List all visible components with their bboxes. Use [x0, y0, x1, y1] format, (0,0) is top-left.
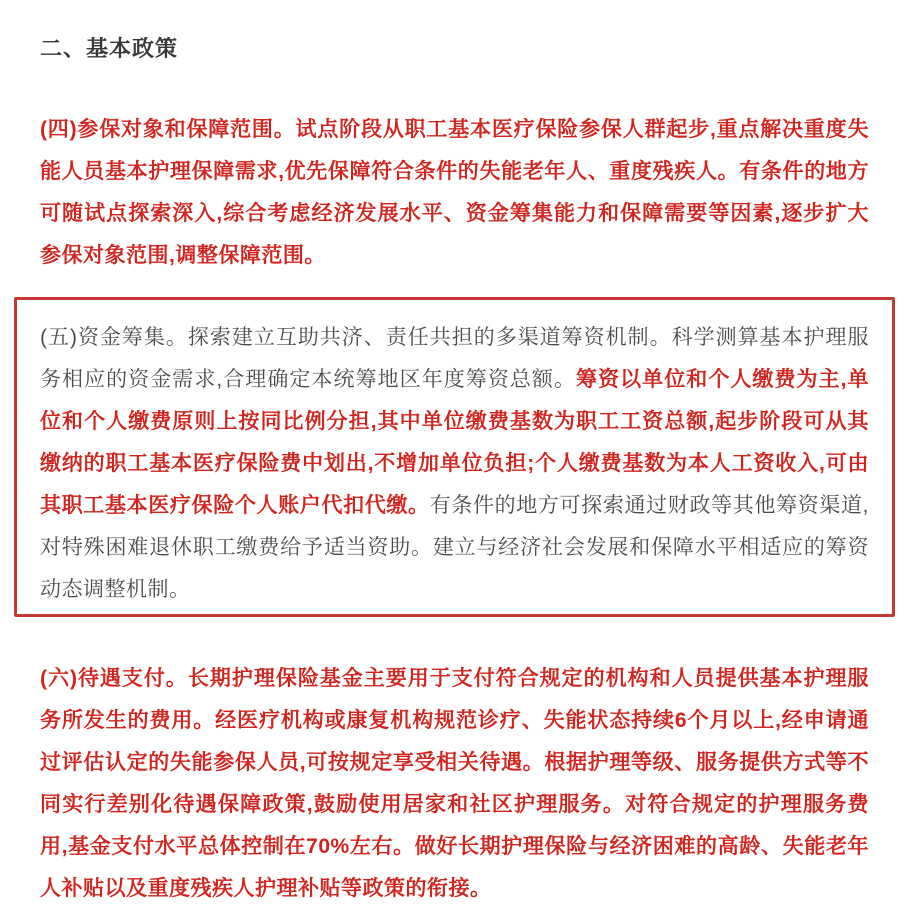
paragraph-benefit-payment: (六)待遇支付。长期护理保险基金主要用于支付符合规定的机构和人员提供基本护理服务…: [40, 658, 869, 910]
paragraph-enrollment-scope: (四)参保对象和保障范围。试点阶段从职工基本医疗保险参保人群起步,重点解决重度失…: [40, 109, 869, 277]
document-page: 二、基本政策 (四)参保对象和保障范围。试点阶段从职工基本医疗保险参保人群起步,…: [0, 0, 909, 912]
highlight-box-funding: (五)资金筹集。探索建立互助共济、责任共担的多渠道筹资机制。科学测算基本护理服务…: [14, 297, 895, 617]
section-heading: 二、基本政策: [40, 36, 869, 62]
paragraph-funding: (五)资金筹集。探索建立互助共济、责任共担的多渠道筹资机制。科学测算基本护理服务…: [40, 317, 869, 611]
